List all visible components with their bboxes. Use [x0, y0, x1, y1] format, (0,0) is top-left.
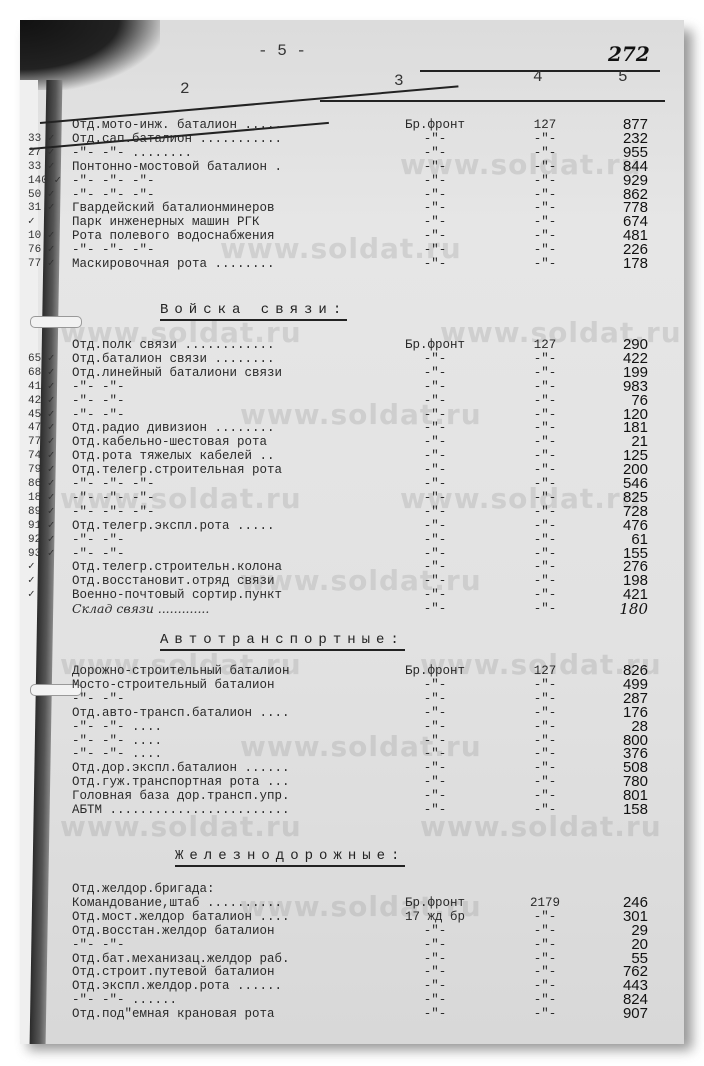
- table-row: АБТМ ........................-"--"-158: [20, 803, 684, 817]
- army-code: -"-: [520, 547, 570, 561]
- table-row: Командование,штаб ..........Бр.фронт2179…: [20, 896, 684, 910]
- margin-note: 77 ✓: [28, 435, 58, 449]
- unit-name: Отд.строит.путевой баталион: [72, 965, 275, 979]
- document-page: - 5 - 272 2 3 4 5 www.soldat.ru www.sold…: [20, 20, 684, 1044]
- table-row: 42 ✓ -"- -"--"--"-76: [20, 394, 684, 408]
- formation: Бр.фронт: [400, 896, 470, 910]
- unit-name: Отд.телегр.экспл.рота .....: [72, 519, 275, 533]
- table-row: Дорожно-строительный баталионБр.фронт127…: [20, 664, 684, 678]
- unit-name: -"- -"- -"-: [72, 174, 155, 188]
- formation: -"-: [400, 146, 470, 160]
- margin-note: 86 ✓: [28, 477, 58, 491]
- formation: -"-: [400, 924, 470, 938]
- formation: -"-: [400, 720, 470, 734]
- table-row: Мосто-строительный баталион-"--"-499: [20, 678, 684, 692]
- table-row: 77 ✓Маскировочная рота ........-"--"-178: [20, 257, 684, 271]
- table-row: 18 ✓ -"- -"- -"--"--"-825: [20, 491, 684, 505]
- formation: -"-: [400, 435, 470, 449]
- army-code: -"-: [520, 435, 570, 449]
- formation: -"-: [400, 775, 470, 789]
- formation: -"-: [400, 747, 470, 761]
- unit-name: -"- -"- ....: [72, 720, 162, 734]
- army-code: -"-: [520, 215, 570, 229]
- army-code: -"-: [520, 979, 570, 993]
- unit-name: -"- -"- -"-: [72, 505, 155, 519]
- army-code: -"-: [520, 257, 570, 271]
- table-row: Отд.восстан.желдор баталион-"--"-29: [20, 924, 684, 938]
- margin-note: 42 ✓: [28, 394, 58, 408]
- army-code: -"-: [520, 938, 570, 952]
- army-code: -"-: [520, 201, 570, 215]
- margin-note: 140 ✓: [28, 174, 58, 188]
- formation: -"-: [400, 574, 470, 588]
- army-code: -"-: [520, 560, 570, 574]
- army-code: -"-: [520, 146, 570, 160]
- table-row: Склад связи .............-"--"-180: [20, 602, 684, 616]
- table-row: Отд.мост.желдор баталион ....17 жд бр-"-…: [20, 910, 684, 924]
- army-code: 127: [520, 338, 570, 352]
- formation: Бр.фронт: [400, 664, 470, 678]
- unit-name: Отд.экспл.желдор.рота ......: [72, 979, 282, 993]
- formation: -"-: [400, 352, 470, 366]
- formation: -"-: [400, 938, 470, 952]
- formation: -"-: [400, 229, 470, 243]
- formation: -"-: [400, 366, 470, 380]
- unit-name: Парк инженерных машин РГК: [72, 215, 260, 229]
- formation: -"-: [400, 803, 470, 817]
- unit-name: Командование,штаб ..........: [72, 896, 282, 910]
- army-code: -"-: [520, 394, 570, 408]
- table-row: Отд.авто-трансп.баталион ....-"--"-176: [20, 706, 684, 720]
- formation: -"-: [400, 477, 470, 491]
- unit-name: Отд.телегр.строительная рота: [72, 463, 282, 477]
- margin-note: ✓: [28, 574, 58, 588]
- formation: -"-: [400, 174, 470, 188]
- formation: -"-: [400, 421, 470, 435]
- unit-name: -"- -"-: [72, 692, 125, 706]
- formation: -"-: [400, 602, 470, 616]
- formation: -"-: [400, 463, 470, 477]
- table-row: 76 ✓ -"- -"- -"--"--"-226: [20, 243, 684, 257]
- unit-number: 907: [598, 1007, 648, 1021]
- army-code: -"-: [520, 993, 570, 1007]
- army-code: -"-: [520, 678, 570, 692]
- army-code: -"-: [520, 132, 570, 146]
- column-header-5: 5: [618, 68, 628, 86]
- scan-dark-corner: [20, 20, 160, 90]
- unit-name: -"- -"-: [72, 547, 125, 561]
- army-code: -"-: [520, 352, 570, 366]
- unit-name: Головная база дор.трансп.упр.: [72, 789, 290, 803]
- unit-name: Отд.сап.баталион ...........: [72, 132, 282, 146]
- army-code: -"-: [520, 775, 570, 789]
- table-row: 10 ✓Рота полевого водоснабжения-"--"-481: [20, 229, 684, 243]
- unit-name: -"- -"- ......: [72, 993, 177, 1007]
- army-code: -"-: [520, 463, 570, 477]
- unit-name: -"- -"- ....: [72, 734, 162, 748]
- unit-name: Отд.авто-трансп.баталион ....: [72, 706, 290, 720]
- unit-name: Отд.радио дивизион ........: [72, 421, 275, 435]
- army-code: -"-: [520, 588, 570, 602]
- formation: -"-: [400, 408, 470, 422]
- army-code: 127: [520, 664, 570, 678]
- army-code: -"-: [520, 602, 570, 616]
- unit-name: Склад связи .............: [72, 602, 209, 616]
- unit-name: -"- -"- ........: [72, 146, 192, 160]
- army-code: -"-: [520, 421, 570, 435]
- army-code: -"-: [520, 1007, 570, 1021]
- unit-number: 180: [598, 602, 648, 616]
- formation: -"-: [400, 678, 470, 692]
- formation: -"-: [400, 993, 470, 1007]
- header-rule-lower-right: [320, 100, 665, 102]
- table-row: 140 ✓ -"- -"- -"--"--"-929: [20, 174, 684, 188]
- margin-note: 18 ✓: [28, 491, 58, 505]
- unit-name: Отд.рота тяжелых кабелей ..: [72, 449, 275, 463]
- army-code: -"-: [520, 924, 570, 938]
- army-code: -"-: [520, 174, 570, 188]
- table-row: ✓Военно-почтовый сортир.пункт-"--"-421: [20, 588, 684, 602]
- unit-name: Отд.мото-инж. баталион .....: [72, 118, 282, 132]
- unit-name: -"- -"- ....: [72, 747, 162, 761]
- formation: -"-: [400, 965, 470, 979]
- formation: -"-: [400, 533, 470, 547]
- margin-note: 74 ✓: [28, 449, 58, 463]
- formation: -"-: [400, 215, 470, 229]
- formation: -"-: [400, 519, 470, 533]
- army-code: -"-: [520, 533, 570, 547]
- table-row: Отд.строит.путевой баталион-"--"-762: [20, 965, 684, 979]
- unit-name: Рота полевого водоснабжения: [72, 229, 275, 243]
- unit-name: Отд.восстановит.отряд связи: [72, 574, 275, 588]
- table-row: 77 ✓Отд.кабельно-шестовая рота-"--"-21: [20, 435, 684, 449]
- unit-name: -"- -"- -"-: [72, 243, 155, 257]
- archive-sheet-number: 272: [608, 42, 650, 66]
- table-row: Отд.под"емная крановая рота-"--"-907: [20, 1007, 684, 1021]
- margin-note: ✓: [28, 560, 58, 574]
- unit-name: -"- -"- -"-: [72, 491, 155, 505]
- army-code: -"-: [520, 243, 570, 257]
- unit-name: Отд.полк связи ............: [72, 338, 275, 352]
- column-header-4: 4: [533, 68, 543, 86]
- margin-note: 76 ✓: [28, 243, 58, 257]
- table-row: 89 ✓ -"- -"- -"--"--"-728: [20, 505, 684, 519]
- formation: -"-: [400, 588, 470, 602]
- unit-name: Военно-почтовый сортир.пункт: [72, 588, 282, 602]
- army-code: -"-: [520, 803, 570, 817]
- table-row: -"- -"- ....-"--"-376: [20, 747, 684, 761]
- unit-name: Гвардейский баталионминеров: [72, 201, 275, 215]
- unit-name: -"- -"-: [72, 394, 125, 408]
- formation: -"-: [400, 491, 470, 505]
- section-title: Железнодорожные:: [175, 848, 405, 867]
- army-code: -"-: [520, 380, 570, 394]
- army-code: -"-: [520, 449, 570, 463]
- formation: -"-: [400, 761, 470, 775]
- formation: -"-: [400, 692, 470, 706]
- army-code: -"-: [520, 761, 570, 775]
- formation: -"-: [400, 560, 470, 574]
- margin-note: 45 ✓: [28, 408, 58, 422]
- formation: -"-: [400, 505, 470, 519]
- formation: -"-: [400, 979, 470, 993]
- unit-name: Отд.желдор.бригада:: [72, 882, 215, 896]
- margin-note: ✓: [28, 215, 58, 229]
- unit-name: Отд.телегр.строительн.колона: [72, 560, 282, 574]
- table-row: 31 ✓Гвардейский баталионминеров-"--"-778: [20, 201, 684, 215]
- table-row: 92 ✓ -"- -"--"--"-61: [20, 533, 684, 547]
- table-row: ✓Отд.восстановит.отряд связи-"--"-198: [20, 574, 684, 588]
- formation: -"-: [400, 449, 470, 463]
- formation: -"-: [400, 132, 470, 146]
- margin-note: 93 ✓: [28, 547, 58, 561]
- unit-name: -"- -"-: [72, 408, 125, 422]
- formation: Бр.фронт: [400, 338, 470, 352]
- unit-name: Маскировочная рота ........: [72, 257, 275, 271]
- table-row: -"- -"--"--"-287: [20, 692, 684, 706]
- table-row: Отд.мото-инж. баталион .....Бр.фронт1278…: [20, 118, 684, 132]
- table-row: 65 ✓Отд.баталион связи ........-"--"-422: [20, 352, 684, 366]
- unit-name: -"- -"- -"-: [72, 188, 155, 202]
- unit-name: Отд.гуж.транспортная рота ...: [72, 775, 290, 789]
- army-code: -"-: [520, 965, 570, 979]
- table-row: Отд.бат.механизац.желдор раб.-"--"-55: [20, 952, 684, 966]
- army-code: -"-: [520, 366, 570, 380]
- formation: -"-: [400, 188, 470, 202]
- formation: -"-: [400, 394, 470, 408]
- army-code: 2179: [520, 896, 570, 910]
- army-code: -"-: [520, 706, 570, 720]
- army-code: -"-: [520, 692, 570, 706]
- formation: -"-: [400, 243, 470, 257]
- section-title: Автотранспортные:: [160, 632, 405, 651]
- unit-name: Мосто-строительный баталион: [72, 678, 275, 692]
- table-row: 33 ✓Понтонно-мостовой баталион .-"--"-84…: [20, 160, 684, 174]
- unit-name: Отд.баталион связи ........: [72, 352, 275, 366]
- page-number: - 5 -: [258, 42, 306, 60]
- army-code: -"-: [520, 491, 570, 505]
- table-row: 33 ✓Отд.сап.баталион ...........-"--"-23…: [20, 132, 684, 146]
- army-code: -"-: [520, 160, 570, 174]
- table-row: -"- -"- ....-"--"-800: [20, 734, 684, 748]
- table-row: 27 ✓ -"- -"- ........-"--"-955: [20, 146, 684, 160]
- binding-thread: [30, 316, 82, 328]
- unit-number: 178: [598, 257, 648, 271]
- table-row: Отд.желдор.бригада:: [20, 882, 684, 896]
- formation: -"-: [400, 160, 470, 174]
- formation: -"-: [400, 1007, 470, 1021]
- margin-note: 77 ✓: [28, 257, 58, 271]
- table-row: 93 ✓ -"- -"--"--"-155: [20, 547, 684, 561]
- unit-name: Дорожно-строительный баталион: [72, 664, 290, 678]
- army-code: -"-: [520, 910, 570, 924]
- margin-note: 33 ✓: [28, 160, 58, 174]
- formation: -"-: [400, 257, 470, 271]
- army-code: -"-: [520, 408, 570, 422]
- table-row: 45 ✓ -"- -"--"--"-120: [20, 408, 684, 422]
- table-row: 47 ✓Отд.радио дивизион ........-"--"-181: [20, 421, 684, 435]
- margin-note: 31 ✓: [28, 201, 58, 215]
- unit-name: Отд.восстан.желдор баталион: [72, 924, 275, 938]
- margin-note: ✓: [28, 588, 58, 602]
- table-row: -"- -"--"--"-20: [20, 938, 684, 952]
- unit-name: Отд.дор.экспл.баталион ......: [72, 761, 290, 775]
- margin-note: 68 ✓: [28, 366, 58, 380]
- margin-note: 27 ✓: [28, 146, 58, 160]
- unit-name: Отд.кабельно-шестовая рота: [72, 435, 267, 449]
- army-code: -"-: [520, 789, 570, 803]
- unit-name: АБТМ ........................: [72, 803, 290, 817]
- unit-number: 158: [598, 803, 648, 817]
- table-row: ✓Отд.телегр.строительн.колона-"--"-276: [20, 560, 684, 574]
- margin-note: 92 ✓: [28, 533, 58, 547]
- army-code: -"-: [520, 720, 570, 734]
- army-code: -"-: [520, 747, 570, 761]
- table-row: ✓Парк инженерных машин РГК-"--"-674: [20, 215, 684, 229]
- table-row: 79 ✓Отд.телегр.строительная рота-"--"-20…: [20, 463, 684, 477]
- margin-note: 47 ✓: [28, 421, 58, 435]
- formation: -"-: [400, 789, 470, 803]
- table-row: -"- -"- ....-"--"-28: [20, 720, 684, 734]
- army-code: -"-: [520, 519, 570, 533]
- table-row: 68 ✓Отд.линейный баталиони связи-"--"-19…: [20, 366, 684, 380]
- unit-name: -"- -"-: [72, 533, 125, 547]
- unit-name: -"- -"-: [72, 938, 125, 952]
- table-row: 74 ✓Отд.рота тяжелых кабелей ..-"--"-125: [20, 449, 684, 463]
- formation: -"-: [400, 547, 470, 561]
- formation: Бр.фронт: [400, 118, 470, 132]
- table-row: 50 ✓ -"- -"- -"--"--"-862: [20, 188, 684, 202]
- unit-name: Отд.линейный баталиони связи: [72, 366, 282, 380]
- margin-note: 89 ✓: [28, 505, 58, 519]
- army-code: -"-: [520, 952, 570, 966]
- table-row: Отд.дор.экспл.баталион ......-"--"-508: [20, 761, 684, 775]
- unit-name: Отд.мост.желдор баталион ....: [72, 910, 290, 924]
- army-code: -"-: [520, 477, 570, 491]
- army-code: -"-: [520, 505, 570, 519]
- table-row: 86 ✓ -"- -"- -"--"--"-546: [20, 477, 684, 491]
- table-row: Отд.гуж.транспортная рота ...-"--"-780: [20, 775, 684, 789]
- army-code: -"-: [520, 574, 570, 588]
- margin-note: 50 ✓: [28, 188, 58, 202]
- margin-note: 79 ✓: [28, 463, 58, 477]
- table-row: 91 ✓Отд.телегр.экспл.рота .....-"--"-476: [20, 519, 684, 533]
- formation: -"-: [400, 952, 470, 966]
- column-header-2: 2: [180, 80, 190, 98]
- unit-name: -"- -"- -"-: [72, 477, 155, 491]
- formation: -"-: [400, 706, 470, 720]
- unit-name: -"- -"-: [72, 380, 125, 394]
- margin-note: 91 ✓: [28, 519, 58, 533]
- section-title: Войска связи:: [160, 302, 347, 321]
- army-code: 127: [520, 118, 570, 132]
- army-code: -"-: [520, 734, 570, 748]
- army-code: -"-: [520, 229, 570, 243]
- margin-note: 41 ✓: [28, 380, 58, 394]
- unit-name: Понтонно-мостовой баталион .: [72, 160, 282, 174]
- formation: -"-: [400, 380, 470, 394]
- margin-note: 65 ✓: [28, 352, 58, 366]
- table-row: Головная база дор.трансп.упр.-"--"-801: [20, 789, 684, 803]
- formation: 17 жд бр: [400, 910, 470, 924]
- army-code: -"-: [520, 188, 570, 202]
- table-row: Отд.полк связи ............Бр.фронт12729…: [20, 338, 684, 352]
- table-row: -"- -"- ......-"--"-824: [20, 993, 684, 1007]
- table-row: Отд.экспл.желдор.рота ......-"--"-443: [20, 979, 684, 993]
- unit-name: Отд.под"емная крановая рота: [72, 1007, 275, 1021]
- column-header-3: 3: [394, 72, 404, 90]
- formation: -"-: [400, 734, 470, 748]
- margin-note: 10 ✓: [28, 229, 58, 243]
- formation: -"-: [400, 201, 470, 215]
- unit-name: Отд.бат.механизац.желдор раб.: [72, 952, 290, 966]
- margin-note: 33 ✓: [28, 132, 58, 146]
- table-row: 41 ✓ -"- -"--"--"-983: [20, 380, 684, 394]
